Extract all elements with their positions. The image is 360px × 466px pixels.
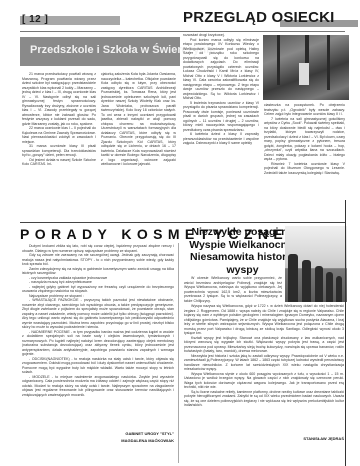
header-rule-left <box>20 31 183 32</box>
page-edge <box>345 200 346 466</box>
article3-body: Wyspa nazywa się Wielkanocna, gdyż w 172… <box>184 304 344 434</box>
article1-column-2: cjatorką założenia Koła była Jolanta Ows… <box>101 72 176 220</box>
moai-photo <box>285 226 347 302</box>
circus-photo <box>263 35 349 100</box>
article1-column-4: ciasteczka na poczęstunek. Po obejrzeniu… <box>264 103 345 221</box>
article3-intro: W okresie Wielkanocy warto sobie przypom… <box>184 276 282 303</box>
article2-body: Dużymi krokami zbliża się lato, robi się… <box>22 244 174 444</box>
article3-signature: STANISŁAW JĘDRAŚ <box>184 436 344 441</box>
article1-column-3: rozważań drogi krzyżowej. Pod koniec mar… <box>183 33 259 219</box>
article3-rule <box>182 222 346 223</box>
article3-title: Niezwykłe posągi na Wyspie Wielkanocnej … <box>185 226 300 276</box>
article1-column-1: 21 marca przedszkolacy powitali wiosnę z… <box>22 72 96 167</box>
article2-signature-1: GABINET URODY "STYL" <box>22 431 174 436</box>
column-divider <box>178 243 179 463</box>
article2-signature-2: MAGDALENA MAĆKOWIAK <box>22 438 174 443</box>
header-rule-right <box>180 31 345 32</box>
article1-header: Przedszkole i Szkoła w Świerczynie <box>20 37 180 66</box>
page-number: [ 12 ] <box>22 14 48 25</box>
masthead-title: PRZEGLĄD OSIECKI <box>183 9 335 26</box>
